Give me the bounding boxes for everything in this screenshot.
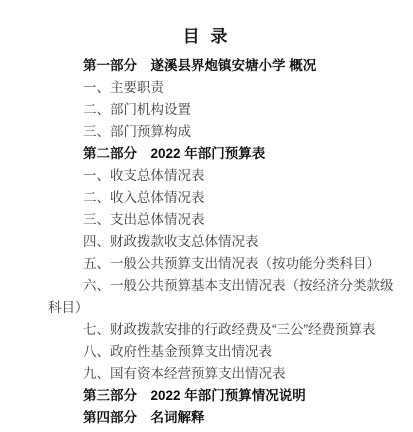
toc-entry: 九、国有资本经营预算支出情况表	[48, 363, 397, 385]
toc-entry: 二、收入总体情况表	[48, 187, 397, 209]
toc-entry: 一、主要职责	[48, 77, 397, 99]
toc-entry: 二、部门机构设置	[48, 99, 397, 121]
toc-list: 第一部分 遂溪县界炮镇安塘小学 概况 一、主要职责 二、部门机构设置 三、部门预…	[0, 55, 413, 429]
toc-entry: 四、财政拨款收支总体情况表	[48, 231, 397, 253]
page-title: 目 录	[0, 27, 413, 47]
toc-section-heading: 第四部分 名词解释	[48, 407, 397, 429]
toc-section-heading: 第二部分 2022 年部门预算表	[48, 143, 397, 165]
toc-page: 目 录 第一部分 遂溪县界炮镇安塘小学 概况 一、主要职责 二、部门机构设置 三…	[0, 0, 413, 432]
toc-section-heading: 第三部分 2022 年部门预算情况说明	[48, 385, 397, 407]
toc-entry: 三、支出总体情况表	[48, 209, 397, 231]
toc-entry: 一、收支总体情况表	[48, 165, 397, 187]
toc-entry: 八、政府性基金预算支出情况表	[48, 341, 397, 363]
toc-entry: 七、财政拨款安排的行政经费及“三公”经费预算表	[48, 319, 397, 341]
toc-entry: 三、部门预算构成	[48, 121, 397, 143]
toc-entry: 五、一般公共预算支出情况表（按功能分类科目）	[48, 253, 397, 275]
toc-entry: 六、一般公共预算基本支出情况表（按经济分类款级科目）	[48, 275, 397, 319]
toc-section-heading: 第一部分 遂溪县界炮镇安塘小学 概况	[48, 55, 397, 77]
